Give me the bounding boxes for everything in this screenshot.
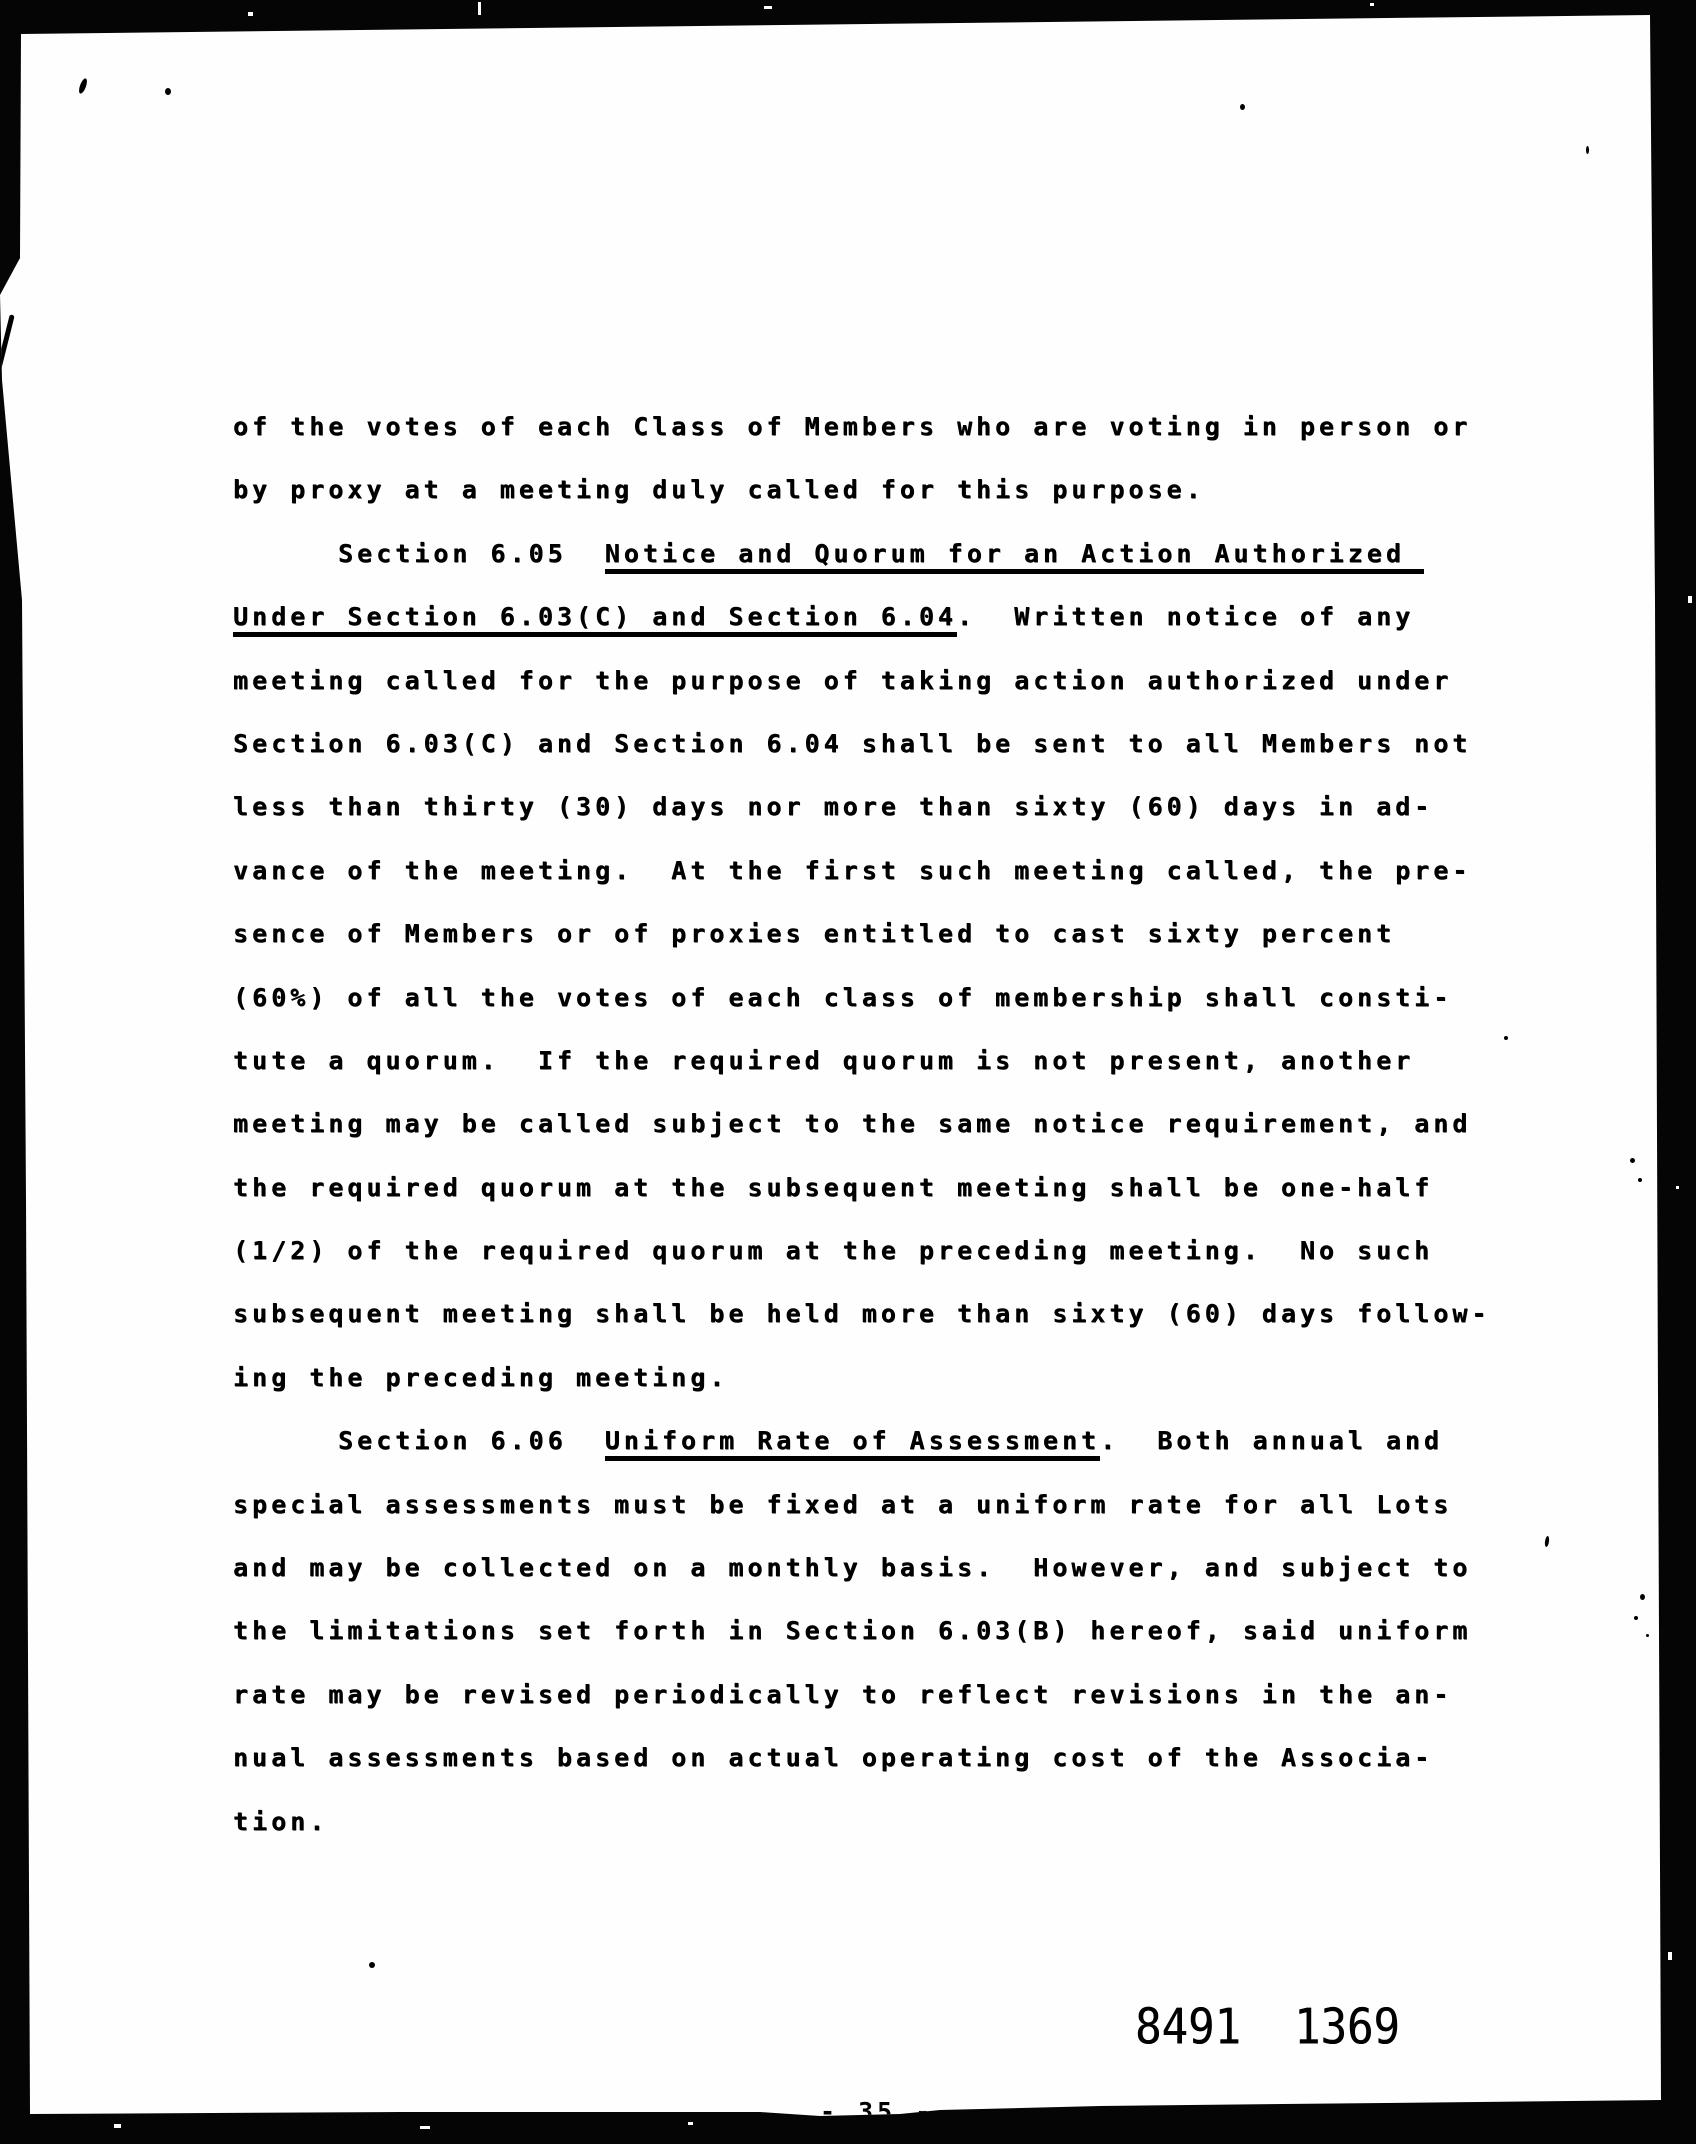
text-segment: rate may be revised periodically to refl… [233, 1680, 1452, 1709]
text-segment: special assessments must be fixed at a u… [233, 1490, 1452, 1519]
border-scratch [688, 2122, 693, 2125]
text-segment: subsequent meeting shall be held more th… [233, 1299, 1490, 1328]
text-line: tute a quorum. If the required quorum is… [233, 1029, 1490, 1092]
noise-speck [165, 88, 171, 95]
noise-speck [369, 1962, 375, 1968]
page-number: - 35 - [820, 2098, 934, 2126]
border-scratch [248, 12, 253, 16]
border-scratch [1370, 3, 1374, 6]
border-scratch [114, 2124, 121, 2128]
text-segment: sence of Members or of proxies entitled … [233, 919, 1395, 948]
text-segment: meeting called for the purpose of taking… [233, 666, 1452, 695]
border-scratch [420, 2126, 430, 2129]
text-segment: nual assessments based on actual operati… [233, 1743, 1433, 1772]
text-line: nual assessments based on actual operati… [233, 1726, 1490, 1789]
noise-speck [1646, 1634, 1649, 1637]
text-line: rate may be revised periodically to refl… [233, 1663, 1490, 1726]
text-line: sence of Members or of proxies entitled … [233, 902, 1490, 965]
border-scratch [764, 6, 772, 9]
text-line: the required quorum at the subsequent me… [233, 1156, 1490, 1219]
text-line: Section 6.05 Notice and Quorum for an Ac… [233, 522, 1490, 585]
document-page: of the votes of each Class of Members wh… [0, 0, 1696, 2144]
noise-speck [1634, 1616, 1638, 1620]
text-line: the limitations set forth in Section 6.0… [233, 1599, 1490, 1662]
text-line: (1/2) of the required quorum at the prec… [233, 1219, 1490, 1282]
text-line: vance of the meeting. At the first such … [233, 839, 1490, 902]
text-line: Section 6.03(C) and Section 6.04 shall b… [233, 712, 1490, 775]
text-segment: ing the preceding meeting. [233, 1363, 728, 1392]
pen-mark [0, 314, 15, 370]
text-segment: the limitations set forth in Section 6.0… [233, 1616, 1471, 1645]
text-segment: . Both annual and [1100, 1426, 1443, 1455]
text-segment: (1/2) of the required quorum at the prec… [233, 1236, 1433, 1265]
text-segment: . Written notice of any [957, 602, 1414, 631]
noise-speck [1630, 1158, 1635, 1163]
text-segment: the required quorum at the subsequent me… [233, 1173, 1433, 1202]
underlined-heading: Uniform Rate of Assessment [605, 1426, 1100, 1461]
border-scratch [1676, 1186, 1679, 1189]
text-line: Section 6.06 Uniform Rate of Assessment.… [233, 1409, 1490, 1472]
text-line: meeting called for the purpose of taking… [233, 649, 1490, 712]
noise-speck [1544, 1536, 1549, 1547]
text-segment: vance of the meeting. At the first such … [233, 856, 1471, 885]
noise-speck [1638, 1178, 1642, 1182]
border-scratch [478, 2, 481, 15]
text-line: Under Section 6.03(C) and Section 6.04. … [233, 585, 1490, 648]
text-line: special assessments must be fixed at a u… [233, 1473, 1490, 1536]
text-line: less than thirty (30) days nor more than… [233, 775, 1490, 838]
noise-speck [1586, 146, 1589, 154]
noise-speck [77, 77, 88, 94]
text-segment: tute a quorum. If the required quorum is… [233, 1046, 1414, 1075]
body-text: of the votes of each Class of Members wh… [233, 395, 1490, 1853]
text-line: and may be collected on a monthly basis.… [233, 1536, 1490, 1599]
text-segment: Section 6.03(C) and Section 6.04 shall b… [233, 729, 1471, 758]
text-line: subsequent meeting shall be held more th… [233, 1282, 1490, 1345]
text-segment: by proxy at a meeting duly called for th… [233, 475, 1205, 504]
text-segment: of the votes of each Class of Members wh… [233, 412, 1471, 441]
text-line: by proxy at a meeting duly called for th… [233, 458, 1490, 521]
border-scratch [1668, 1952, 1672, 1960]
text-line: of the votes of each Class of Members wh… [233, 395, 1490, 458]
border-scratch [1688, 596, 1692, 603]
text-segment: tion. [233, 1807, 328, 1836]
text-line: tion. [233, 1790, 1490, 1853]
text-line: (60%) of all the votes of each class of … [233, 966, 1490, 1029]
text-segment: less than thirty (30) days nor more than… [233, 792, 1433, 821]
stamp-number: 8491 1369 [1135, 2003, 1400, 2052]
text-segment: Section 6.05 [338, 539, 605, 568]
text-segment: Section 6.06 [338, 1426, 605, 1455]
underlined-heading: Under Section 6.03(C) and Section 6.04 [233, 602, 957, 637]
noise-speck [1640, 1594, 1645, 1600]
underlined-heading: Notice and Quorum for an Action Authoriz… [605, 539, 1424, 574]
text-segment: meeting may be called subject to the sam… [233, 1109, 1471, 1138]
text-segment: and may be collected on a monthly basis.… [233, 1553, 1471, 1582]
text-line: ing the preceding meeting. [233, 1346, 1490, 1409]
text-segment: (60%) of all the votes of each class of … [233, 983, 1452, 1012]
scan-background: of the votes of each Class of Members wh… [0, 0, 1696, 2144]
text-line: meeting may be called subject to the sam… [233, 1092, 1490, 1155]
noise-speck [1504, 1036, 1508, 1040]
noise-speck [1240, 104, 1245, 110]
